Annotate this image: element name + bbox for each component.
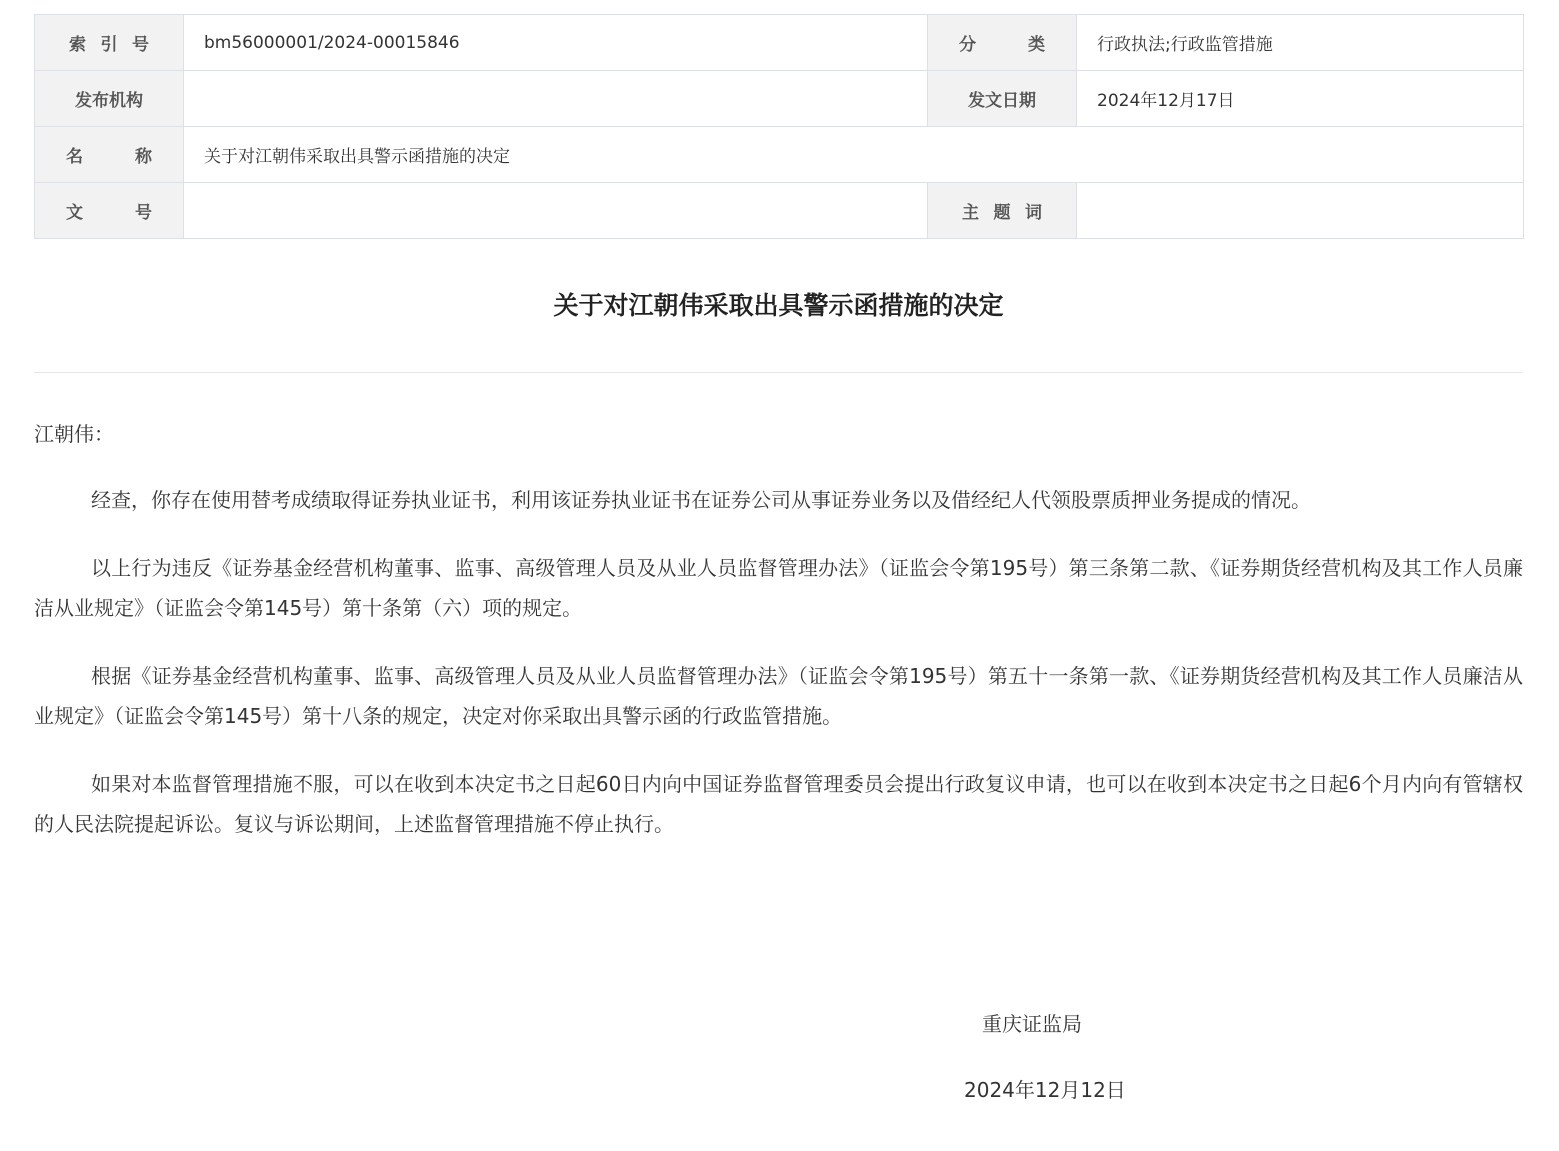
document-body: 江朝伟： 经查，你存在使用替考成绩取得证券执业证书，利用该证券执业证书在证券公司… — [34, 414, 1523, 872]
name-label-char: 名 — [66, 142, 83, 167]
salutation: 江朝伟： — [34, 414, 1523, 454]
paragraph-findings: 经查，你存在使用替考成绩取得证券执业证书，利用该证券执业证书在证券公司从事证券业… — [34, 480, 1523, 520]
index-label: 索 引 号 — [35, 15, 184, 71]
document-title: 关于对江朝伟采取出具警示函措施的决定 — [34, 286, 1523, 322]
date-label: 发文日期 — [928, 71, 1077, 127]
publisher-label: 发布机构 — [35, 71, 184, 127]
date-value: 2024年12月17日 — [1077, 71, 1524, 127]
docno-value — [184, 183, 928, 239]
index-label-char: 引 — [101, 30, 118, 55]
docno-label-char: 文 — [66, 198, 83, 223]
meta-row-publisher: 发布机构 发文日期 2024年12月17日 — [35, 71, 1524, 127]
keywords-label-char: 主 — [962, 198, 979, 223]
category-label-char: 分 — [959, 30, 976, 55]
index-label-char: 号 — [132, 30, 149, 55]
meta-row-docno: 文 号 主 题 词 — [35, 183, 1524, 239]
signature-date: 2024年12月12日 — [964, 1074, 1126, 1103]
document-metadata-table: 索 引 号 bm56000001/2024-00015846 分 类 行政执法;… — [34, 14, 1524, 239]
category-label: 分 类 — [928, 15, 1077, 71]
name-label: 名 称 — [35, 127, 184, 183]
publisher-value — [184, 71, 928, 127]
paragraph-decision: 根据《证券基金经营机构董事、监事、高级管理人员及从业人员监督管理办法》（证监会令… — [34, 656, 1523, 736]
index-value: bm56000001/2024-00015846 — [184, 15, 928, 71]
category-label-char: 类 — [1028, 30, 1045, 55]
index-label-char: 索 — [69, 30, 86, 55]
keywords-label-char: 词 — [1025, 198, 1042, 223]
docno-label-char: 号 — [135, 198, 152, 223]
keywords-value — [1077, 183, 1524, 239]
category-value: 行政执法;行政监管措施 — [1077, 15, 1524, 71]
keywords-label-char: 题 — [994, 198, 1011, 223]
meta-row-name: 名 称 关于对江朝伟采取出具警示函措施的决定 — [35, 127, 1524, 183]
meta-row-index: 索 引 号 bm56000001/2024-00015846 分 类 行政执法;… — [35, 15, 1524, 71]
keywords-label: 主 题 词 — [928, 183, 1077, 239]
paragraph-violation: 以上行为违反《证券基金经营机构董事、监事、高级管理人员及从业人员监督管理办法》（… — [34, 548, 1523, 628]
paragraph-appeal: 如果对本监督管理措施不服，可以在收到本决定书之日起60日内向中国证券监督管理委员… — [34, 764, 1523, 844]
docno-label: 文 号 — [35, 183, 184, 239]
name-label-char: 称 — [135, 142, 152, 167]
name-value: 关于对江朝伟采取出具警示函措施的决定 — [184, 127, 1524, 183]
signature-organization: 重庆证监局 — [982, 1008, 1082, 1037]
title-divider — [34, 372, 1523, 373]
